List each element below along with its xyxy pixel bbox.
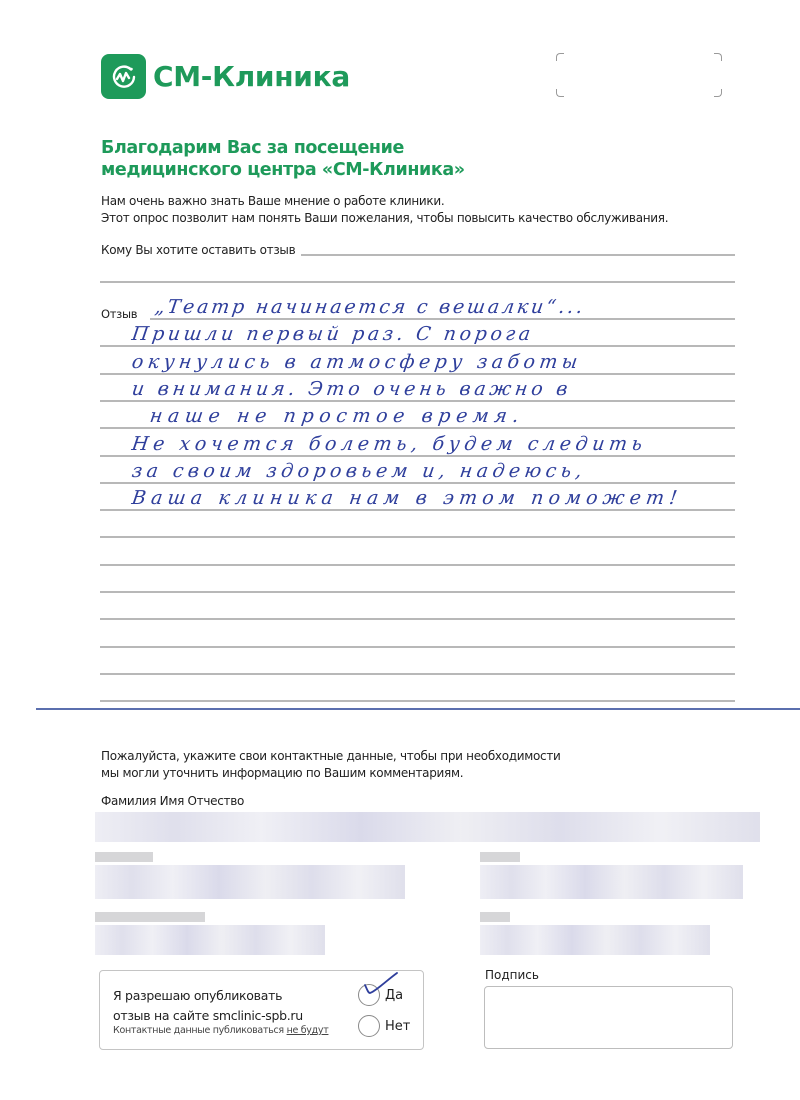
consent-note-emphasis: не будут [287,1025,329,1036]
corner-mark [556,89,564,97]
corner-mark [556,53,564,61]
signature-label: Подпись [485,968,539,982]
review-ruled-line [150,318,735,320]
handwritten-line: наше не простое время. [148,405,525,427]
handwritten-line: окунулись в атмосферу заботы [130,351,583,373]
stamp-area [556,53,722,97]
recipient-field-line2[interactable] [100,281,735,283]
radio-no-label: Нет [385,1019,410,1034]
review-ruled-line [100,618,735,620]
full-name-label: Фамилия Имя Отчество [101,794,244,808]
consent-line: Я разрешаю опубликовать [113,986,303,1006]
review-ruled-line [100,646,735,648]
review-ruled-line [100,482,735,484]
field-a-redacted[interactable] [95,865,405,899]
consent-note-prefix: Контактные данные публиковаться [113,1025,287,1036]
heartbeat-ring-icon [101,54,146,99]
field-b-redacted[interactable] [480,865,743,899]
review-ruled-line [100,700,735,702]
field-d-label-redacted [480,912,510,922]
signature-field[interactable] [484,986,733,1049]
consent-note: Контактные данные публиковаться не будут [113,1025,328,1036]
brand-logo: СМ-Клиника [101,54,350,99]
intro-text: Нам очень важно знать Ваше мнение о рабо… [101,193,668,227]
intro-line: Этот опрос позволит нам понять Ваши поже… [101,210,668,227]
review-ruled-line [100,591,735,593]
radio-no[interactable] [358,1015,380,1037]
field-c-redacted[interactable] [95,925,325,955]
field-c-label-redacted [95,912,205,922]
review-ruled-line [100,455,735,457]
recipient-field[interactable] [301,254,735,256]
handwritten-line: Не хочется болеть, будем следить [130,433,648,455]
review-label: Отзыв [101,307,137,321]
review-ruled-line [100,400,735,402]
field-a-label-redacted [95,852,153,862]
contact-note: Пожалуйста, укажите свои контактные данн… [101,748,561,782]
page-title: Благодарим Вас за посещение медицинского… [101,137,465,181]
title-line: Благодарим Вас за посещение [101,137,465,159]
radio-yes-label: Да [385,988,403,1003]
field-b-label-redacted [480,852,520,862]
corner-mark [714,89,722,97]
title-line: медицинского центра «СМ-Клиника» [101,159,465,181]
review-ruled-line [100,509,735,511]
publish-consent-box: Я разрешаю опубликовать отзыв на сайте s… [99,970,424,1050]
review-ruled-line [100,536,735,538]
contact-note-line: мы могли уточнить информацию по Вашим ко… [101,765,561,782]
intro-line: Нам очень важно знать Ваше мнение о рабо… [101,193,668,210]
recipient-label: Кому Вы хотите оставить отзыв [101,243,295,257]
handwritten-line: и внимания. Это очень важно в [130,378,572,400]
contact-note-line: Пожалуйста, укажите свои контактные данн… [101,748,561,765]
review-ruled-line [100,345,735,347]
corner-mark [714,53,722,61]
consent-line: отзыв на сайте smclinic-spb.ru [113,1006,303,1026]
handwritten-line: „Театр начинается с вешалки“... [153,296,586,318]
scan-divider-line [36,708,800,710]
review-ruled-line [100,673,735,675]
brand-name: СМ-Клиника [153,60,350,93]
consent-text: Я разрешаю опубликовать отзыв на сайте s… [113,986,303,1026]
full-name-field-redacted[interactable] [95,812,760,842]
review-ruled-line [100,427,735,429]
handwritten-line: Пришли первый раз. С порога [130,323,535,345]
review-ruled-line [100,564,735,566]
field-d-redacted[interactable] [480,925,710,955]
review-ruled-line [100,373,735,375]
handwritten-line: Ваша клиника нам в этом поможет! [130,487,683,509]
handwritten-line: за своим здоровьем и, надеюсь, [130,460,587,482]
